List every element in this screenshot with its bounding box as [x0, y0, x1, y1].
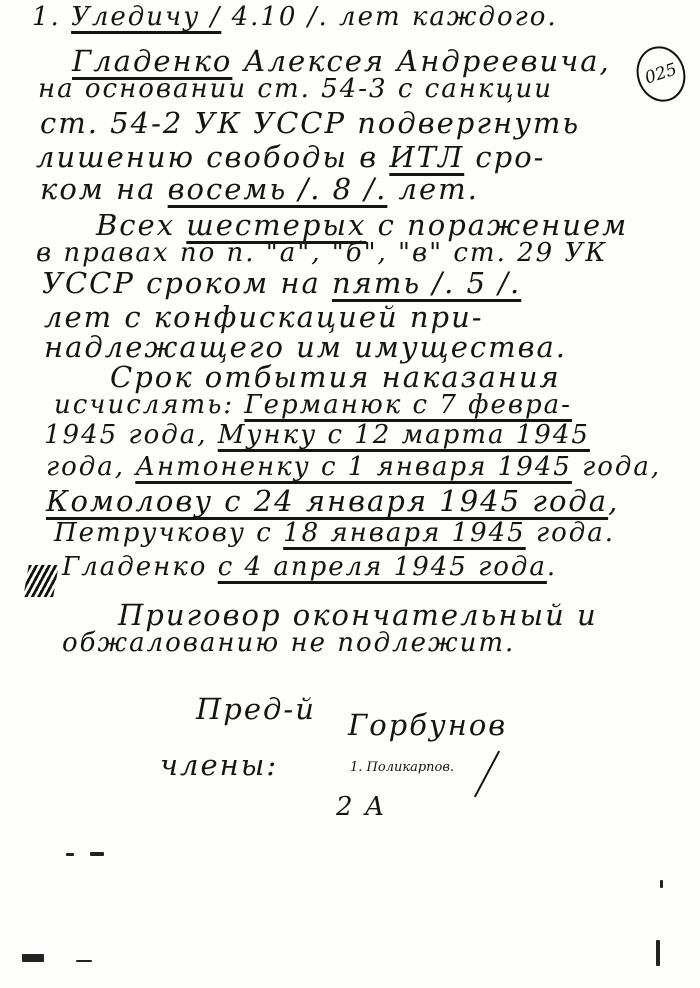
underlined-phrase: 18 января 1945: [283, 518, 526, 548]
underlined-phrase: Антоненку с 1 января 1945: [135, 452, 572, 482]
verdict-line-17: Петручкову с 18 января 1945 года.: [54, 518, 615, 548]
scan-artifact: [90, 852, 104, 856]
scan-artifact: [76, 960, 92, 962]
underlined-phrase: пять /. 5 /.: [332, 266, 521, 300]
scan-artifact: [22, 954, 44, 962]
underlined-phrase: с 4 апреля 1945 года: [218, 552, 547, 582]
underlined-phrase: Мунку с 12 марта 1945: [218, 420, 590, 450]
underlined-phrase: Уледичу /: [71, 2, 221, 32]
member-1-signature: 1. Поликарпов.: [350, 760, 454, 775]
verdict-line-13: исчислять: Германюк с 7 февра-: [54, 390, 572, 420]
verdict-line-2: Гладенко Алексея Андреевича,: [72, 44, 611, 78]
underlined-phrase: Германюк с 7 февра-: [244, 390, 572, 420]
verdict-line-3: на основании ст. 54-3 с санкции: [38, 74, 553, 104]
verdict-line-5: лишению свободы в ИТЛ сро-: [36, 140, 546, 174]
verdict-line-8: в правах по п. "а", "б", "в" ст. 29 УК: [36, 238, 607, 268]
members-label: члены:: [160, 748, 278, 782]
member-2-signature: 2 А: [336, 792, 387, 822]
verdict-line-1: 1. Уледичу / 4.10 /. лет каждого.: [32, 2, 558, 32]
page-number-stamp: 025: [630, 40, 693, 108]
underlined-phrase: шестерых: [186, 208, 366, 242]
verdict-line-9: УССР сроком на пять /. 5 /.: [42, 266, 521, 300]
verdict-line-15: года, Антоненку с 1 января 1945 года,: [46, 452, 661, 482]
presiding-label: Пред-й: [196, 692, 316, 726]
underlined-phrase: Гладенко: [72, 44, 232, 78]
verdict-line-16: Комолову с 24 января 1945 года,: [46, 484, 619, 518]
margin-mark: [23, 565, 59, 597]
verdict-line-19: Приговор окончательный и: [118, 598, 598, 632]
verdict-line-10: лет с конфискацией при-: [44, 300, 484, 334]
underlined-phrase: ИТЛ: [389, 140, 464, 174]
scan-artifact: [66, 853, 74, 856]
verdict-line-11: надлежащего им имущества.: [44, 330, 567, 364]
presiding-signature: Горбунов: [348, 708, 507, 742]
verdict-line-12: Срок отбытия наказания: [110, 360, 561, 394]
scanned-document-page: 025 1. Уледичу / 4.10 /. лет каждого. Гл…: [0, 0, 700, 988]
verdict-line-6: ком на восемь /. 8 /. лет.: [40, 172, 479, 206]
verdict-line-7: Всех шестерых с поражением: [96, 208, 628, 242]
signature-flourish: [474, 751, 500, 798]
scan-artifact: [660, 880, 663, 888]
verdict-line-14: 1945 года, Мунку с 12 марта 1945: [44, 420, 590, 450]
underlined-phrase: восемь /. 8 /.: [168, 172, 388, 206]
scan-artifact: [656, 940, 660, 966]
underlined-phrase: Комолову с 24 января 1945 года: [46, 484, 608, 518]
verdict-line-20: обжалованию не подлежит.: [62, 628, 515, 658]
verdict-line-18: Гладенко с 4 апреля 1945 года.: [62, 552, 557, 582]
verdict-line-4: ст. 54-2 УК УССР подвергнуть: [40, 106, 580, 140]
